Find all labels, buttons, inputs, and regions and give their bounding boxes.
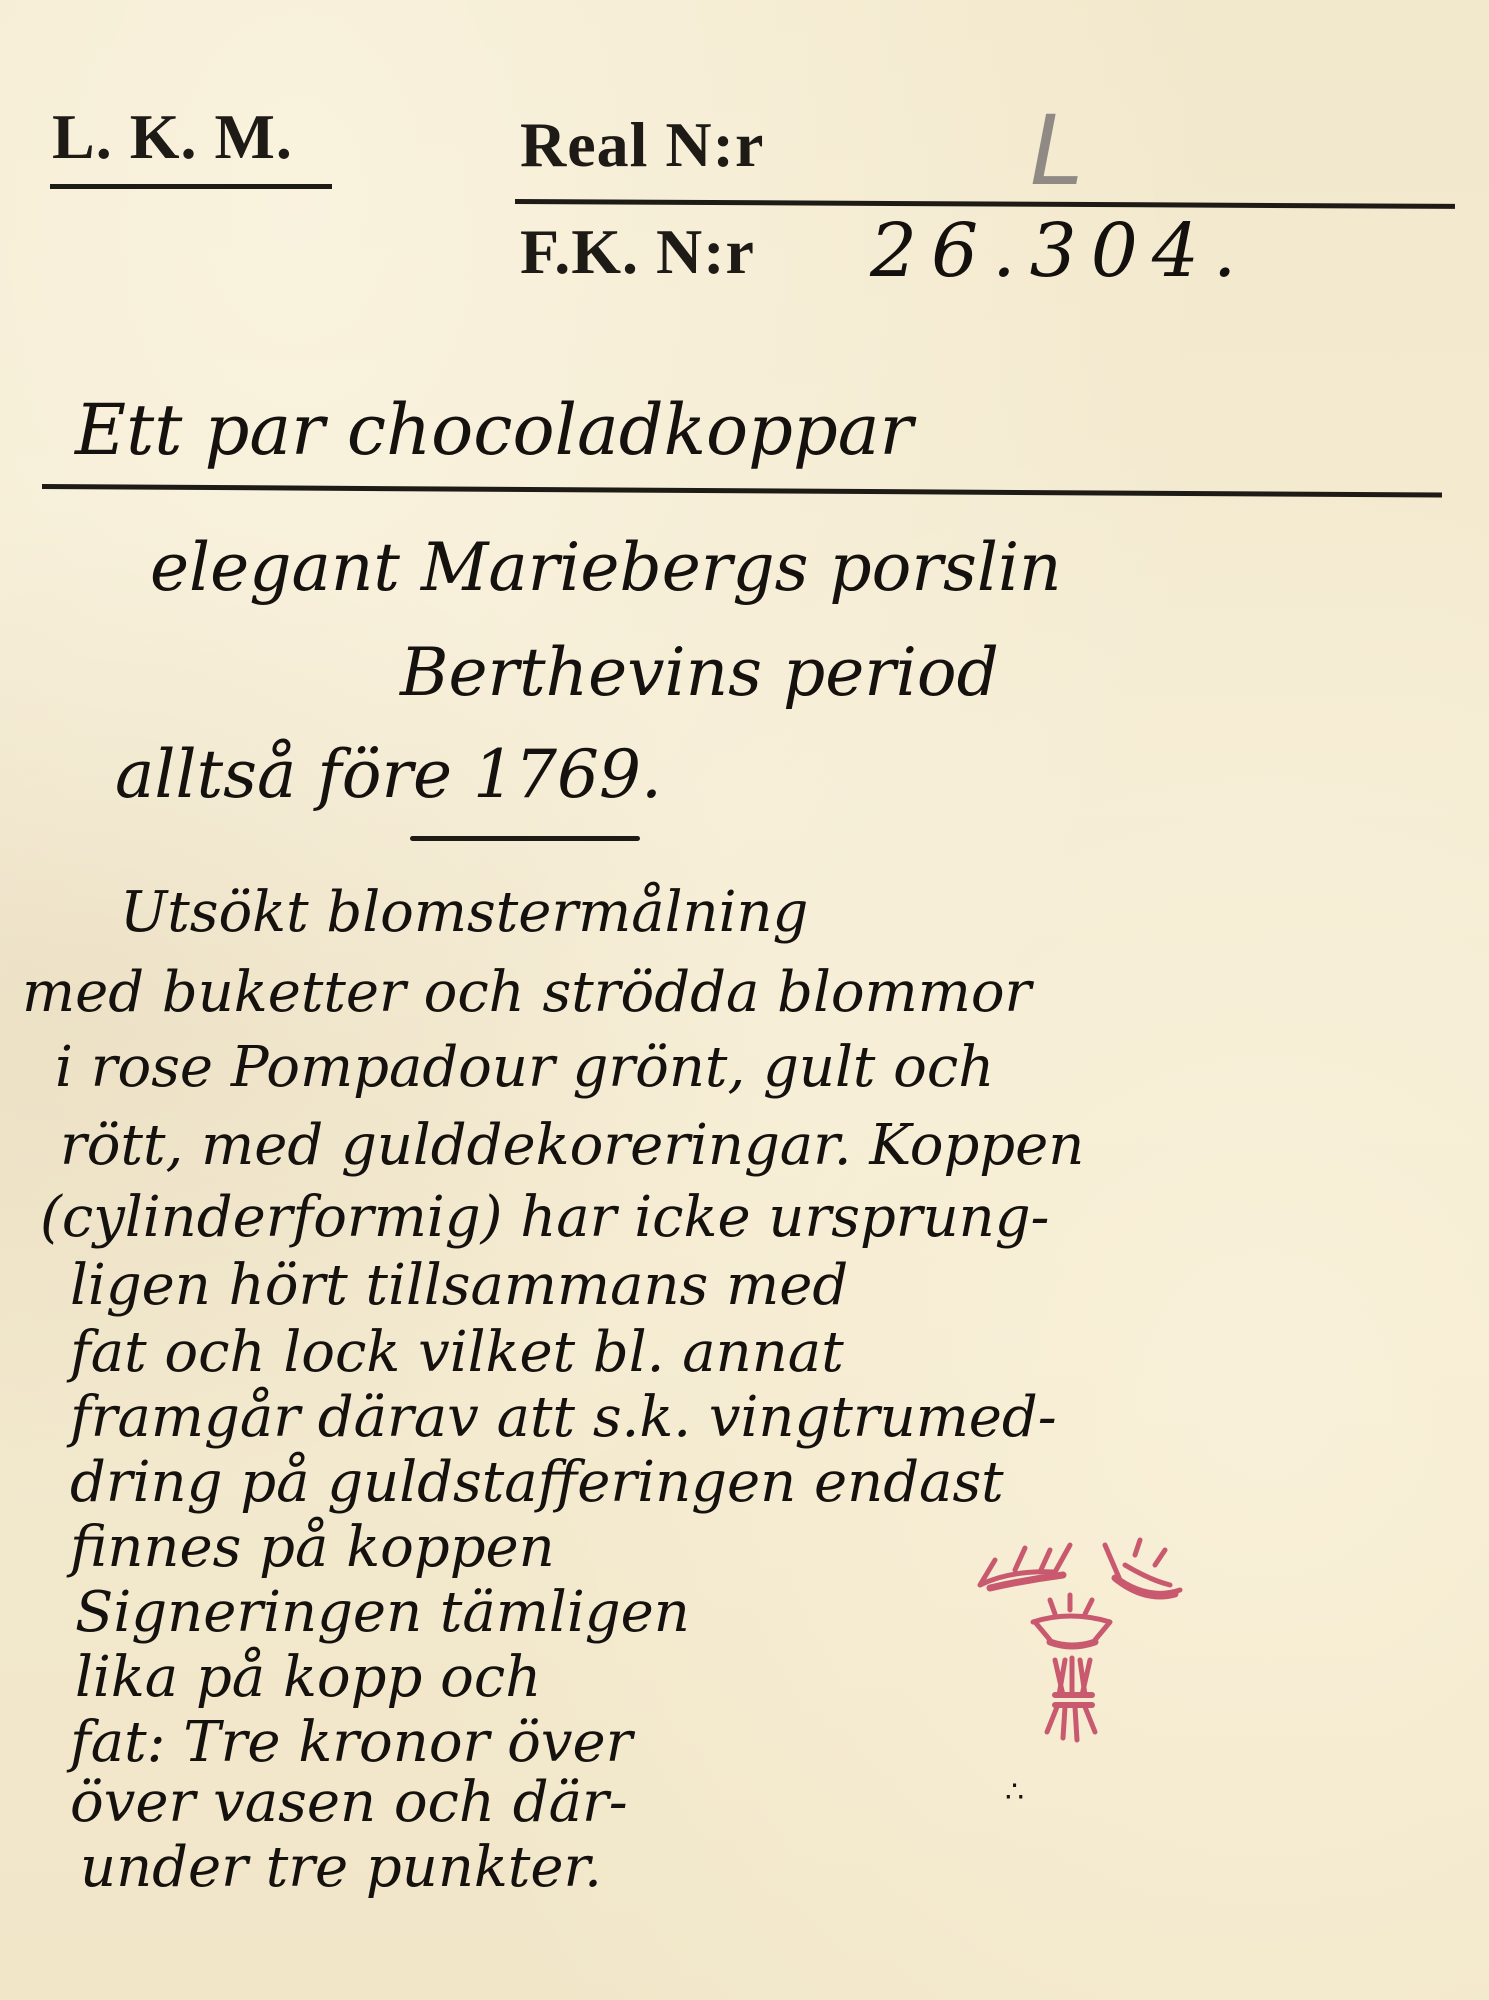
three-crowns-icon xyxy=(955,1510,1185,1810)
three-dots-mark: ∴ xyxy=(1005,1775,1024,1810)
body-line-3: i rose Pompadour grönt, gult och xyxy=(55,1040,994,1096)
section-divider xyxy=(410,836,640,841)
title-line-1: Ett par chocoladkoppar xyxy=(75,395,913,465)
real-number-value: L xyxy=(1030,95,1083,207)
archive-card: L. K. M. Real N:r L F.K. N:r 26.304. Ett… xyxy=(0,0,1489,2000)
body-line-2: med buketter och strödda blommor xyxy=(22,965,1031,1021)
institution-underline xyxy=(50,184,332,189)
title-line-3: Berthevins period xyxy=(400,640,999,706)
factory-mark-drawing xyxy=(955,1510,1185,1810)
body-line-6: ligen hört tillsammans med xyxy=(70,1258,848,1314)
fk-number-value: 26.304. xyxy=(870,208,1250,294)
body-line-4: rött, med gulddekoreringar. Koppen xyxy=(60,1118,1084,1174)
body-line-7: fat och lock vilket bl. annat xyxy=(70,1325,844,1381)
fk-number-label: F.K. N:r xyxy=(520,215,755,289)
body-line-14: över vasen och där- xyxy=(70,1775,628,1831)
title-rule xyxy=(42,484,1442,498)
body-line-12: lika på kopp och xyxy=(75,1650,541,1706)
body-line-15: under tre punkter. xyxy=(80,1840,602,1896)
body-line-13: fat: Tre kronor över xyxy=(70,1715,632,1771)
title-line-2: elegant Mariebergs porslin xyxy=(150,535,1062,601)
real-number-label: Real N:r xyxy=(520,108,764,182)
institution-label: L. K. M. xyxy=(52,100,293,174)
body-line-10: finnes på koppen xyxy=(70,1520,555,1576)
title-line-4: alltså före 1769. xyxy=(115,742,662,808)
body-line-11: Signeringen tämligen xyxy=(75,1585,690,1641)
body-line-9: dring på guldstafferingen endast xyxy=(70,1455,1004,1511)
body-line-1: Utsökt blomstermålning xyxy=(120,885,808,941)
body-line-5: (cylinderformig) har icke ursprung- xyxy=(40,1190,1049,1246)
body-line-8: framgår därav att s.k. vingtrumed- xyxy=(70,1390,1057,1446)
